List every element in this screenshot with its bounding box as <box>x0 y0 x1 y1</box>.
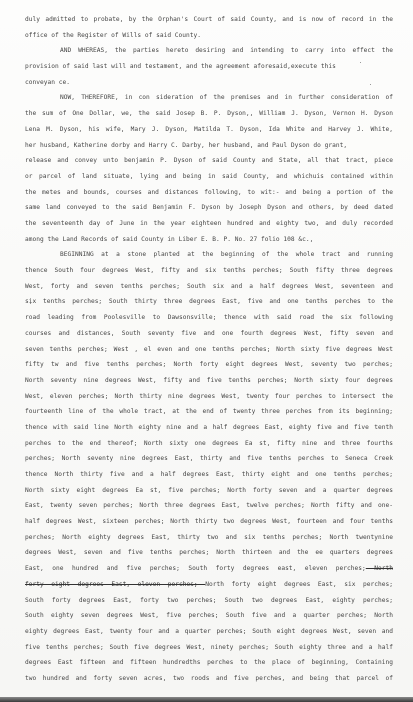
line-text: seven tenths perches; West , el even and… <box>25 346 393 353</box>
line-text: provision of said last will and testamen… <box>25 63 336 70</box>
document-line: five tenths perches; South five degrees … <box>25 642 393 654</box>
document-line: North sixty eight degrees Ea st, five pe… <box>25 485 393 497</box>
line-text: thence with said line North eighty nine … <box>25 424 393 431</box>
line-text: perches; North seventy nine degrees East… <box>25 455 393 462</box>
line-text: West, eleven perches; North thirty nine … <box>25 393 393 400</box>
line-text: degrees East fifteen and fifteen hundred… <box>25 659 393 666</box>
line-text: eighty degrees East, twenty four and a q… <box>25 628 393 635</box>
document-line: West, eleven perches; North thirty nine … <box>25 391 393 403</box>
line-text: fifty tw and five tenths perches; North … <box>25 361 393 368</box>
line-text: West, forty and seven tenths perches; So… <box>25 283 393 290</box>
line-text: East, one hundred and five perches; Sout… <box>25 565 366 572</box>
document-line: the metes and bounds, courses and distan… <box>25 187 393 199</box>
line-text: among the Land Records of said County in… <box>25 236 313 243</box>
document-line: provision of said last will and testamen… <box>25 61 393 73</box>
line-text: two hundred and forty seven acres, two r… <box>25 675 393 682</box>
document-line: perches to the end thereof; North sixty … <box>25 438 393 450</box>
document-line: fourteenth line of the whole tract, at t… <box>25 406 393 418</box>
line-text: South forty degrees East, forty two perc… <box>25 597 393 604</box>
page-bottom-edge <box>0 697 413 702</box>
document-line: her husband, Katherine dorby and Harry C… <box>25 140 393 152</box>
document-line: duly admitted to probate, by the Orphan'… <box>25 14 393 26</box>
line-text: the sum of One Dollar, we, the said Jose… <box>25 110 393 117</box>
document-line: South forty degrees East, forty two perc… <box>25 595 393 607</box>
document-line: East, one hundred and five perches; Sout… <box>25 563 393 575</box>
line-text: duly admitted to probate, by the Orphan'… <box>25 16 393 23</box>
paper-speck <box>370 84 371 85</box>
line-text: the metes and bounds, courses and distan… <box>25 189 393 196</box>
line-text: six tenths perches; South thirty three d… <box>25 298 393 305</box>
document-line: NOW, THEREFORE, in con sideration of the… <box>60 92 393 104</box>
document-line: forty eight degrees East, eleven perches… <box>25 579 393 591</box>
line-text: or parcel of land situate, lying and bei… <box>25 173 393 180</box>
line-text: courses and distances, South seventy fiv… <box>25 330 393 337</box>
document-line: release and convey unto benjamin P. Dyso… <box>25 155 393 167</box>
document-line: South eighty seven degrees West, five pe… <box>25 610 393 622</box>
line-text: her husband, Katherine dorby and Harry C… <box>25 142 347 149</box>
line-text: North sixty eight degrees Ea st, five pe… <box>25 487 393 494</box>
document-line: degrees West, seven and five tenths perc… <box>25 547 393 559</box>
paper-speck <box>360 62 361 63</box>
document-line: six tenths perches; South thirty three d… <box>25 296 393 308</box>
line-text: office of the Register of Wills of said … <box>25 32 201 39</box>
document-line: courses and distances, South seventy fiv… <box>25 328 393 340</box>
line-text: Lena M. Dyson, his wife, Mary J. Dyson, … <box>25 126 393 133</box>
line-text: NOW, THEREFORE, in con sideration of the… <box>60 94 393 101</box>
document-line: perches; North eighty degrees East, thir… <box>25 532 393 544</box>
line-text: South eighty seven degrees West, five pe… <box>25 612 393 619</box>
document-line: among the Land Records of said County in… <box>25 234 393 246</box>
document-line: thence with said line North eighty nine … <box>25 422 393 434</box>
line-text: release and convey unto benjamin P. Dyso… <box>25 157 393 164</box>
document-line: conveyan ce. <box>25 77 393 89</box>
line-text: thence North thirty five and a half degr… <box>25 471 393 478</box>
document-line: West, forty and seven tenths perches; So… <box>25 281 393 293</box>
document-line: eighty degrees East, twenty four and a q… <box>25 626 393 638</box>
document-line: half degrees West, sixteen perches; Nort… <box>25 516 393 528</box>
document-line: Lena M. Dyson, his wife, Mary J. Dyson, … <box>25 124 393 136</box>
document-line: North seventy nine degrees West, fifty a… <box>25 375 393 387</box>
document-line: BEGINNING at a stone planted at the begi… <box>60 249 393 261</box>
document-line: thence South four degrees West, fifty an… <box>25 265 393 277</box>
document-line: same land conveyed to the said Benjamin … <box>25 202 393 214</box>
line-text: North forty eight degrees East, six perc… <box>205 581 393 588</box>
line-text: East, twenty seven perches; North three … <box>25 502 393 509</box>
line-text: degrees West, seven and five tenths perc… <box>25 549 393 556</box>
document-line: degrees East fifteen and fifteen hundred… <box>25 657 393 669</box>
line-text: AND WHEREAS, the parties hereto desiring… <box>60 47 393 54</box>
struck-text: North <box>366 565 393 572</box>
line-text: perches to the end thereof; North sixty … <box>25 440 393 447</box>
struck-text: forty eight degrees East, eleven perches… <box>25 581 205 588</box>
line-text: perches; North eighty degrees East, thir… <box>25 534 393 541</box>
line-text: thence South four degrees West, fifty an… <box>25 267 393 274</box>
line-text: fourteenth line of the whole tract, at t… <box>25 408 393 415</box>
document-line: office of the Register of Wills of said … <box>25 30 393 42</box>
document-line: road leading from Poolesville to Dawsons… <box>25 312 393 324</box>
document-line: or parcel of land situate, lying and bei… <box>25 171 393 183</box>
line-text: half degrees West, sixteen perches; Nort… <box>25 518 393 525</box>
line-text: road leading from Poolesville to Dawsons… <box>25 314 393 321</box>
line-text: conveyan ce. <box>25 79 70 86</box>
line-text: the seventeenth day of June in the year … <box>25 220 393 227</box>
document-line: the sum of One Dollar, we, the said Jose… <box>25 108 393 120</box>
line-text: same land conveyed to the said Benjamin … <box>25 204 393 211</box>
document-line: AND WHEREAS, the parties hereto desiring… <box>60 45 393 57</box>
line-text: five tenths perches; South five degrees … <box>25 644 393 651</box>
document-line: perches; North seventy nine degrees East… <box>25 453 393 465</box>
document-line: the seventeenth day of June in the year … <box>25 218 393 230</box>
document-line: East, twenty seven perches; North three … <box>25 500 393 512</box>
document-line: fifty tw and five tenths perches; North … <box>25 359 393 371</box>
line-text: North seventy nine degrees West, fifty a… <box>25 377 393 384</box>
document-line: two hundred and forty seven acres, two r… <box>25 673 393 685</box>
document-page: duly admitted to probate, by the Orphan'… <box>0 0 413 702</box>
line-text: BEGINNING at a stone planted at the begi… <box>60 251 393 258</box>
document-line: thence North thirty five and a half degr… <box>25 469 393 481</box>
document-line: seven tenths perches; West , el even and… <box>25 344 393 356</box>
paper-speck <box>30 303 31 304</box>
